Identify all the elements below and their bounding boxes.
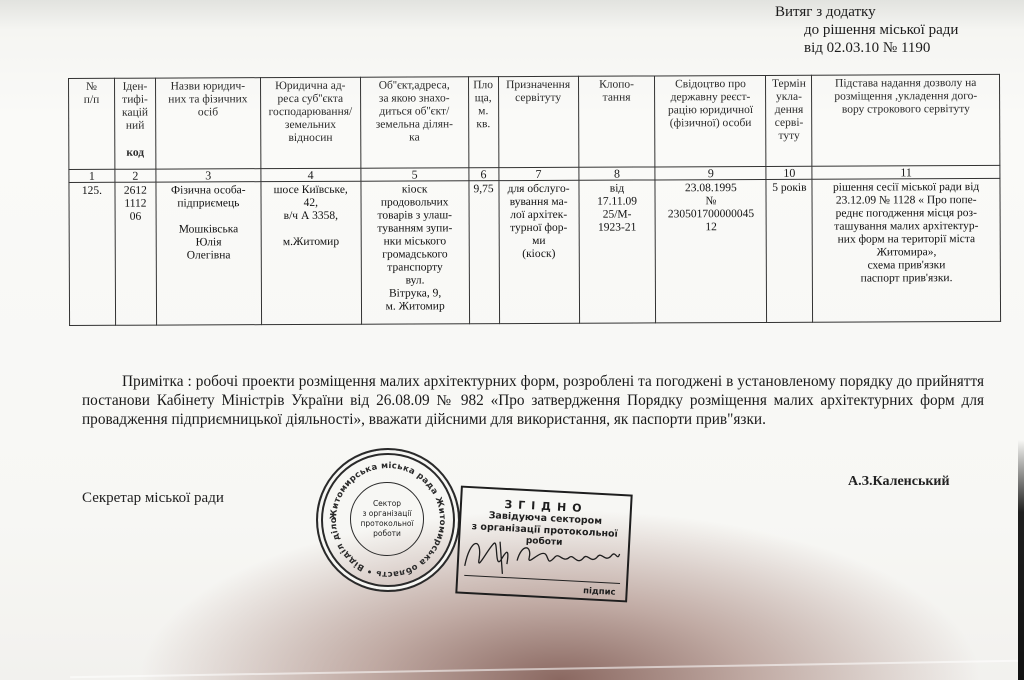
cell-number: 125.	[69, 182, 116, 325]
col-number: 9	[655, 166, 766, 179]
col-header-registration-certificate: Свідоцтво про державну реєст- рацію юрид…	[655, 75, 766, 166]
col-number: 8	[578, 167, 655, 180]
seal-center: Сектор з організації протокольної роботи	[350, 482, 424, 556]
cell-area: 9,75	[469, 181, 500, 324]
cell-basis: рішення сесії міської ради від 23.12.09 …	[812, 178, 1000, 322]
official-round-seal: Житомирська міська рада Житомирська обла…	[316, 448, 460, 592]
signatory-role: Секретар міської ради	[82, 490, 224, 507]
cell-petition: від 17.11.09 25/М- 1923-21	[579, 180, 657, 323]
col-number: 3	[156, 169, 261, 182]
seal-center-line: Сектор	[373, 499, 401, 509]
header-line-2: до рішення міської ради	[775, 21, 958, 39]
approval-stamp: ЗГІДНО Завідуюча сектором з організації …	[455, 486, 632, 603]
table-row: 125. 2612 1112 06 Фізична особа- підприє…	[69, 178, 1001, 325]
header-line-1: Витяг з додатку	[775, 3, 958, 21]
col-header-basis: Підстава надання дозволу на розміщення ,…	[812, 74, 1000, 166]
col-header-names: Назви юридич- них та фізичних осіб	[155, 78, 260, 169]
handwritten-signature-icon	[458, 528, 628, 587]
col-header-area: Пло ща, м. кв.	[468, 77, 498, 168]
col-number: 1	[69, 169, 115, 182]
footnote-paragraph: Примітка : робочі проекти розміщення мал…	[82, 372, 984, 429]
header-line-3: від 02.03.10 № 1190	[775, 39, 958, 57]
cell-object-address: кіоск продовольчих товарів з улаш- туван…	[361, 181, 470, 324]
cell-term: 5 років	[766, 179, 813, 322]
col-header-legal-address: Юридична ад- реса суб''єкта господарюван…	[260, 77, 360, 168]
col-header-id-code: Іден- тифі- кацій нийкод	[114, 78, 155, 169]
col-header-purpose: Призначення сервітуту	[498, 76, 578, 167]
signatory-name: А.З.Каленський	[848, 474, 950, 490]
col-header-id-code-text: Іден- тифі- кацій ний	[122, 81, 148, 132]
col-number: 6	[469, 168, 499, 181]
cell-legal-address: шосе Київське, 42, в/ч А 3358, м.Житомир	[261, 181, 362, 324]
cell-purpose: для обслуго- вування ма- лої архітек- ту…	[499, 180, 580, 323]
col-number: 11	[812, 165, 1000, 179]
page-edge-shadow	[1018, 440, 1024, 680]
seal-center-line: з організації	[362, 509, 411, 519]
col-header-term: Термін укла- дення серві- туту	[766, 75, 812, 166]
col-number: 2	[115, 169, 156, 182]
cell-registration-certificate: 23.08.1995 № 230501700000045 12	[655, 179, 767, 322]
document-header: Витяг з додатку до рішення міської ради …	[775, 3, 958, 57]
cell-name: Фізична особа- підприємець Мошківська Юл…	[156, 182, 261, 325]
col-number: 10	[766, 166, 812, 179]
col-header-object-address: Об''єкт,адреса, за якою знахо- диться об…	[360, 77, 468, 168]
col-number: 4	[261, 168, 361, 181]
cell-id-code: 2612 1112 06	[115, 182, 157, 325]
stamp-caption: підпис	[583, 586, 616, 598]
col-header-petition: Клопо- тання	[578, 76, 655, 167]
col-number: 5	[361, 168, 469, 181]
col-number: 7	[498, 167, 578, 180]
col-header-id-code-suffix: код	[118, 147, 152, 160]
servitude-register-table: № п/п Іден- тифі- кацій нийкод Назви юри…	[68, 74, 1001, 326]
seal-center-line: роботи	[373, 529, 401, 539]
col-header-number: № п/п	[69, 78, 115, 169]
table-header-row: № п/п Іден- тифі- кацій нийкод Назви юри…	[69, 74, 1000, 169]
seal-center-line: протокольної	[360, 519, 413, 529]
